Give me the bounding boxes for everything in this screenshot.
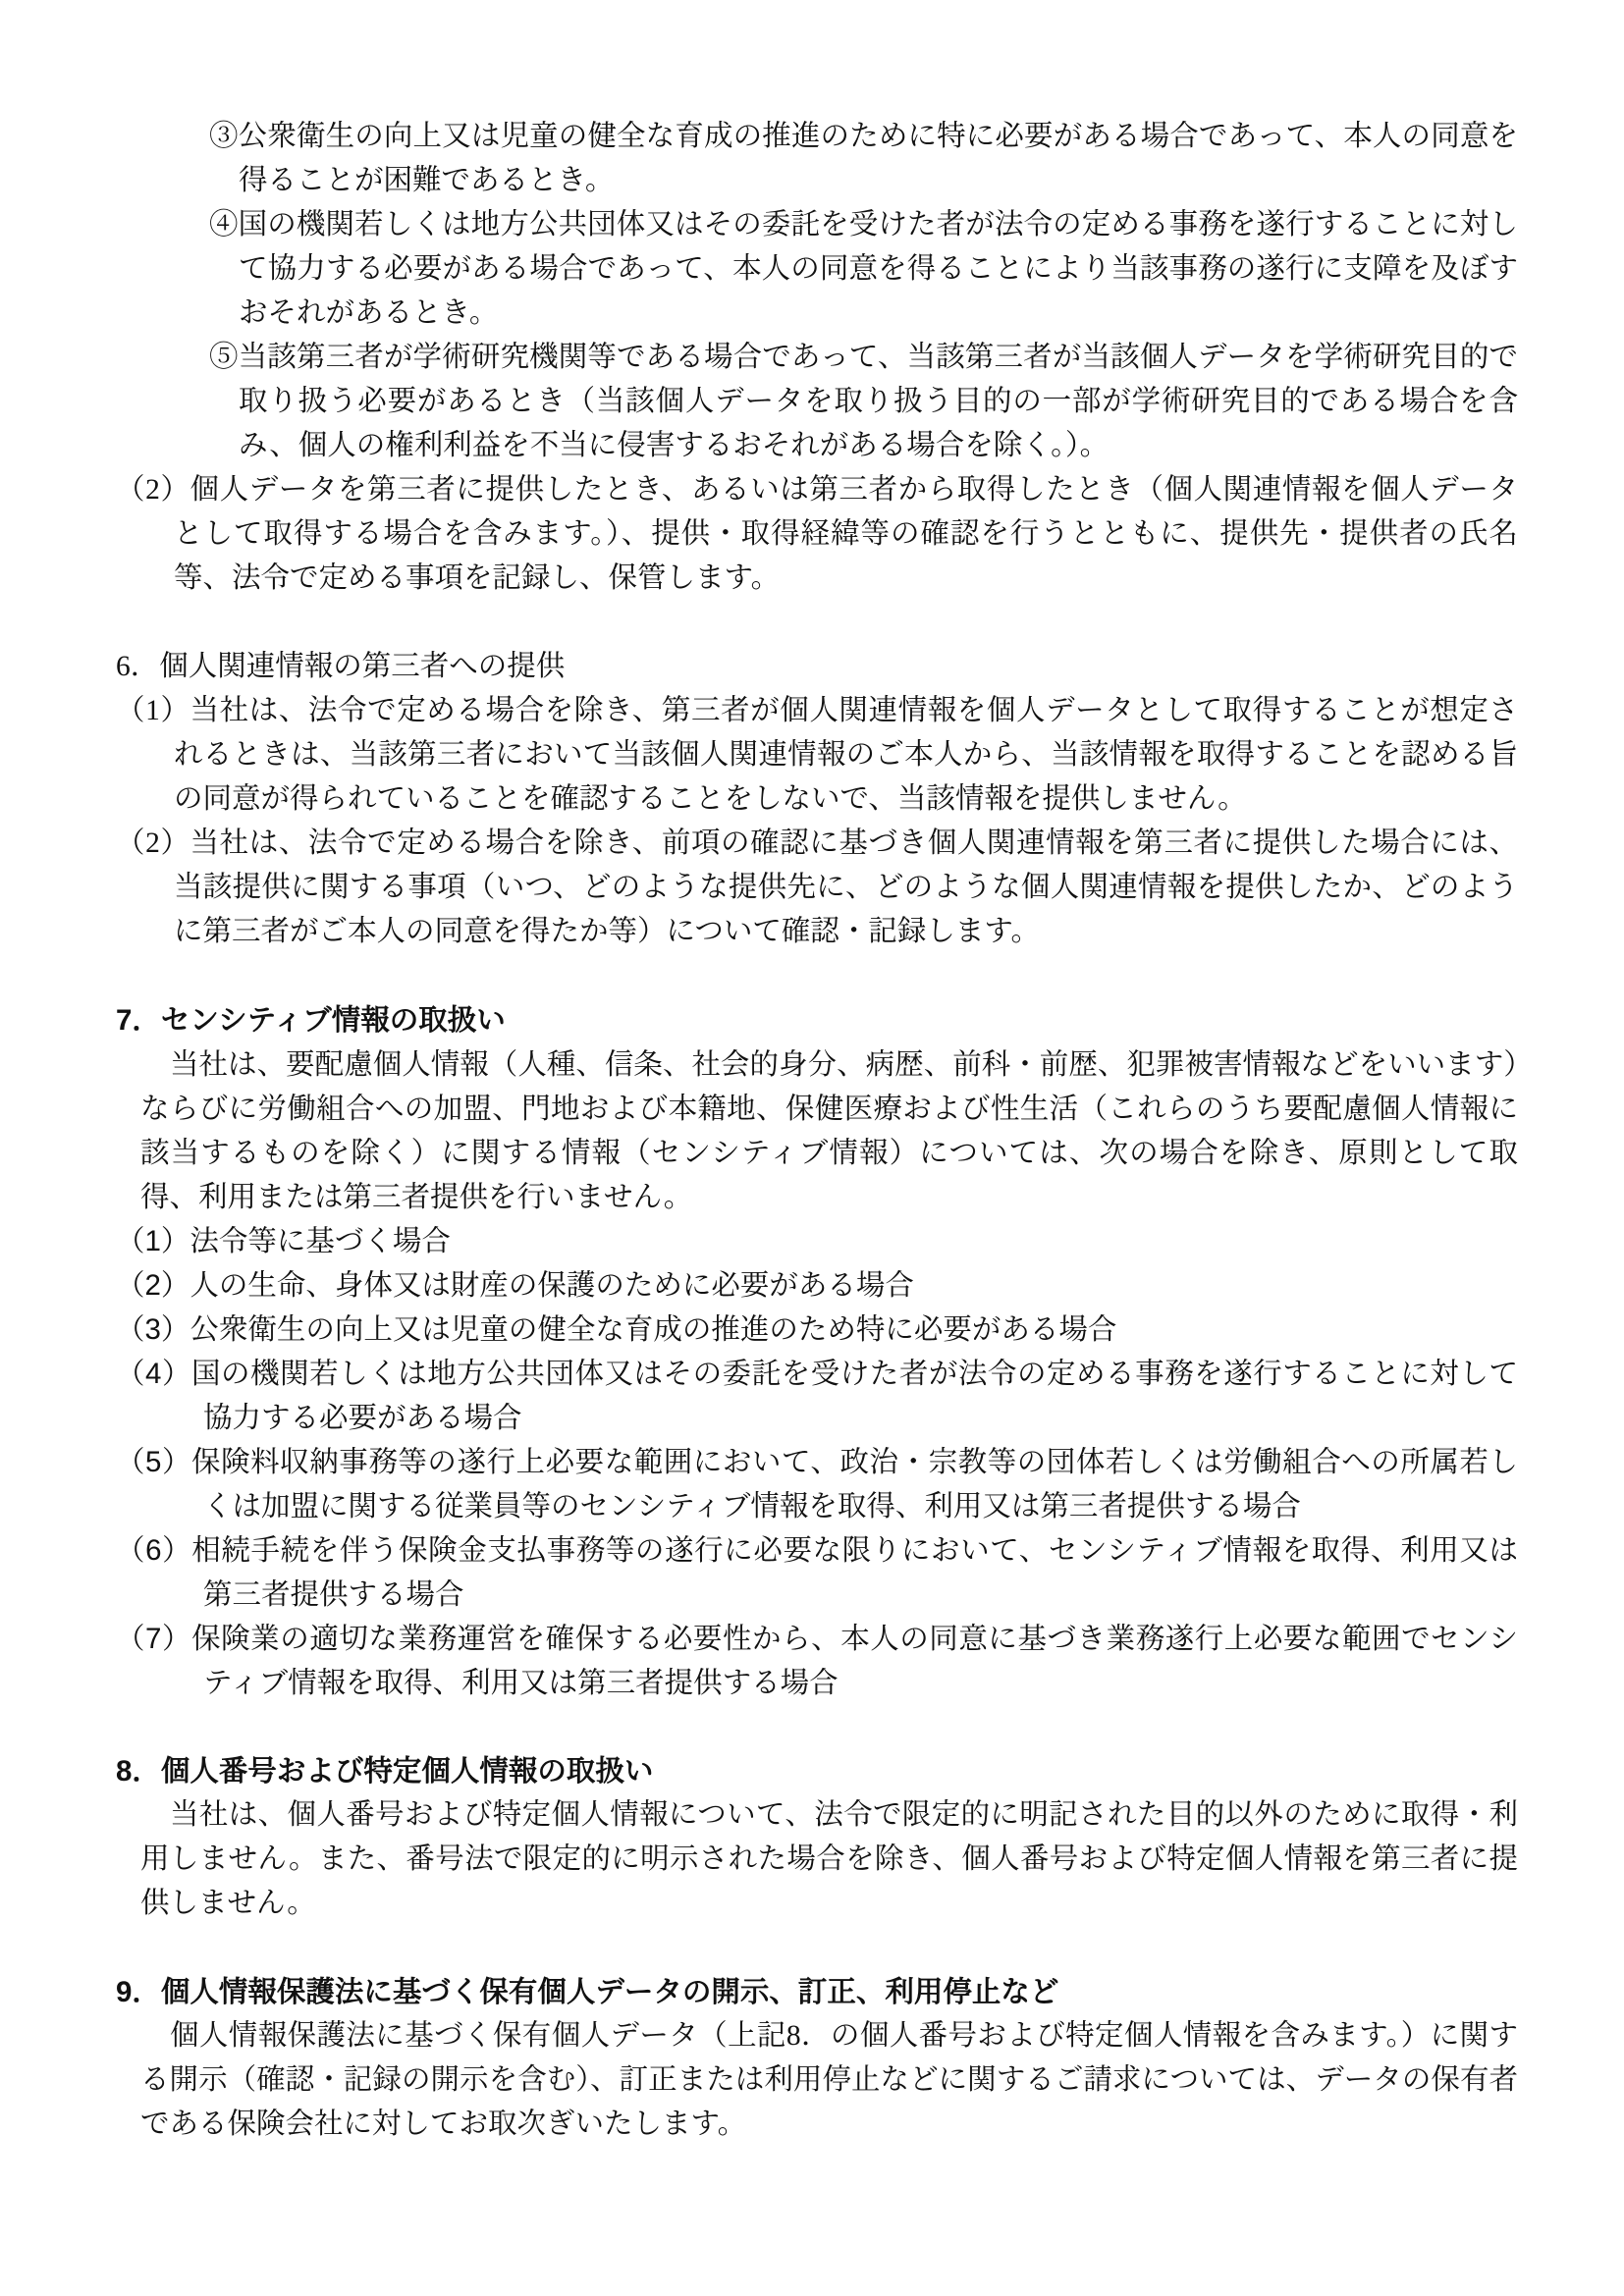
list-item-paren-7: （7）保険業の適切な業務運営を確保する必要性から、本人の同意に基づき業務遂行上必… (116, 1617, 1518, 1705)
section-7: 7．センシティブ情報の取扱い 当社は、要配慮個人情報（人種、信条、社会的身分、病… (116, 998, 1518, 1705)
list-item-paren-4: （4）国の機関若しくは地方公共団体又はその委託を受けた者が法令の定める事務を遂行… (116, 1352, 1518, 1440)
item-marker: （1） (116, 1225, 189, 1257)
section-9-paragraph: 個人情報保護法に基づく保有個人データ（上記8．の個人番号および特定個人情報を含み… (140, 2014, 1518, 2147)
document-page: ③公衆衛生の向上又は児童の健全な育成の推進のために特に必要がある場合であって、本… (0, 0, 1624, 2296)
list-item-circled-5: ⑤当該第三者が学術研究機関等である場合であって、当該第三者が当該個人データを学術… (209, 336, 1518, 468)
document-content: ③公衆衛生の向上又は児童の健全な育成の推進のために特に必要がある場合であって、本… (0, 0, 1624, 2147)
section-6: 6．個人関連情報の第三者への提供 （1）当社は、法令で定める場合を除き、第三者が… (116, 645, 1518, 954)
section-8: 8．個人番号および特定個人情報の取扱い 当社は、個人番号および特定個人情報につい… (116, 1749, 1518, 1926)
item-marker: （2） (116, 474, 190, 506)
section-8-paragraph: 当社は、個人番号および特定個人情報について、法令で限定的に明記された目的以外のた… (140, 1793, 1518, 1926)
item-marker: （1） (116, 695, 190, 726)
item-marker: （4） (116, 1358, 191, 1390)
section5-continuation: ③公衆衛生の向上又は児童の健全な育成の推進のために特に必要がある場合であって、本… (116, 115, 1518, 601)
item-marker: （6） (116, 1534, 191, 1567)
item-text: 当該第三者が学術研究機関等である場合であって、当該第三者が当該個人データを学術研… (239, 342, 1518, 461)
list-item-paren-2: （2）個人データを第三者に提供したとき、あるいは第三者から取得したとき（個人関連… (116, 468, 1518, 601)
item-text: 保険料収納事務等の遂行上必要な範囲において、政治・宗教等の団体若しくは労働組合へ… (191, 1446, 1518, 1522)
item-marker: （2） (116, 1269, 189, 1302)
section-9-heading: 9．個人情報保護法に基づく保有個人データの開示、訂正、利用停止など (116, 1970, 1518, 2014)
section-8-heading: 8．個人番号および特定個人情報の取扱い (116, 1749, 1518, 1793)
section-7-paragraph: 当社は、要配慮個人情報（人種、信条、社会的身分、病歴、前科・前歴、犯罪被害情報な… (140, 1042, 1518, 1219)
item-marker: （3） (116, 1313, 189, 1346)
list-item-paren-1: （1）法令等に基づく場合 (116, 1219, 1518, 1263)
list-item-paren-5: （5）保険料収納事務等の遂行上必要な範囲において、政治・宗教等の団体若しくは労働… (116, 1440, 1518, 1528)
item-text: 相続手続を伴う保険金支払事務等の遂行に必要な限りにおいて、センシティブ情報を取得… (191, 1534, 1518, 1611)
list-item-paren-6: （6）相続手続を伴う保険金支払事務等の遂行に必要な限りにおいて、センシティブ情報… (116, 1528, 1518, 1617)
item-text: 国の機関若しくは地方公共団体又はその委託を受けた者が法令の定める事務を遂行するこ… (239, 209, 1518, 329)
item-text: 国の機関若しくは地方公共団体又はその委託を受けた者が法令の定める事務を遂行するこ… (191, 1358, 1518, 1434)
list-item-paren-2: （2）当社は、法令で定める場合を除き、前項の確認に基づき個人関連情報を第三者に提… (116, 822, 1518, 954)
item-text: 当社は、法令で定める場合を除き、第三者が個人関連情報を個人データとして取得するこ… (174, 695, 1518, 815)
list-item-circled-4: ④国の機関若しくは地方公共団体又はその委託を受けた者が法令の定める事務を遂行する… (209, 203, 1518, 336)
item-text: 個人データを第三者に提供したとき、あるいは第三者から取得したとき（個人関連情報を… (174, 474, 1518, 594)
section-7-heading: 7．センシティブ情報の取扱い (116, 998, 1518, 1042)
list-item-paren-1: （1）当社は、法令で定める場合を除き、第三者が個人関連情報を個人データとして取得… (116, 689, 1518, 822)
list-item-paren-3: （3）公衆衛生の向上又は児童の健全な育成の推進のため特に必要がある場合 (116, 1308, 1518, 1352)
item-marker: ③ (209, 121, 239, 152)
item-marker: ④ (209, 209, 239, 240)
item-marker: （5） (116, 1446, 191, 1478)
item-marker: （2） (116, 828, 190, 859)
list-item-circled-3: ③公衆衛生の向上又は児童の健全な育成の推進のために特に必要がある場合であって、本… (209, 115, 1518, 203)
item-text: 公衆衛生の向上又は児童の健全な育成の推進のために特に必要がある場合であって、本人… (239, 121, 1518, 196)
item-text: 保険業の適切な業務運営を確保する必要性から、本人の同意に基づき業務遂行上必要な範… (191, 1623, 1518, 1699)
item-text: 当社は、法令で定める場合を除き、前項の確認に基づき個人関連情報を第三者に提供した… (174, 828, 1518, 947)
item-text: 法令等に基づく場合 (189, 1225, 451, 1257)
list-item-paren-2: （2）人の生命、身体又は財産の保護のために必要がある場合 (116, 1263, 1518, 1308)
item-text: 公衆衛生の向上又は児童の健全な育成の推進のため特に必要がある場合 (189, 1313, 1116, 1346)
section-9: 9．個人情報保護法に基づく保有個人データの開示、訂正、利用停止など 個人情報保護… (116, 1970, 1518, 2147)
item-marker: ⑤ (209, 342, 239, 373)
section-6-heading: 6．個人関連情報の第三者への提供 (116, 645, 1518, 689)
item-text: 人の生命、身体又は財産の保護のために必要がある場合 (189, 1269, 914, 1302)
item-marker: （7） (116, 1623, 191, 1655)
